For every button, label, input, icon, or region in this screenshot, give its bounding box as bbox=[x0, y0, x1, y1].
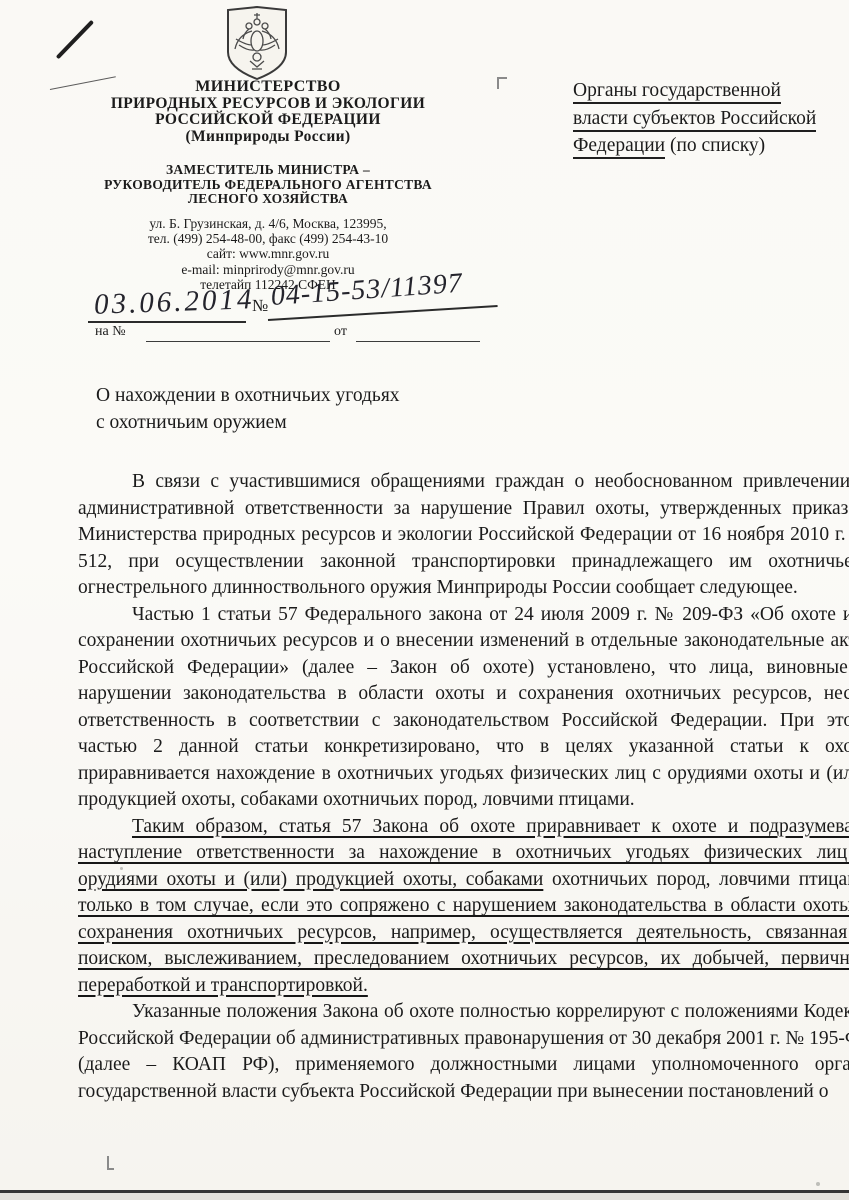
crop-corner-mark bbox=[497, 77, 499, 89]
reply-number-blank-line bbox=[146, 341, 330, 342]
official-title-block: ЗАМЕСТИТЕЛЬ МИНИСТРА – РУКОВОДИТЕЛЬ ФЕДЕ… bbox=[48, 163, 488, 207]
date-underline bbox=[88, 321, 246, 323]
ministry-name-line: МИНИСТЕРСТВО bbox=[68, 79, 468, 96]
street-address: ул. Б. Грузинская, д. 4/6, Москва, 12399… bbox=[68, 216, 468, 231]
scanned-letter-page: МИНИСТЕРСТВО ПРИРОДНЫХ РЕСУРСОВ И ЭКОЛОГ… bbox=[0, 0, 849, 1200]
body-paragraph-1: В связи с участившимися обращениями граж… bbox=[78, 469, 849, 602]
official-title-line: РУКОВОДИТЕЛЬ ФЕДЕРАЛЬНОГО АГЕНТСТВА bbox=[48, 178, 488, 193]
recipient-block: Органы государственной власти субъектов … bbox=[573, 77, 849, 160]
reply-to-number-label: на № bbox=[95, 324, 126, 340]
official-title-line: ЗАМЕСТИТЕЛЬ МИНИСТРА – bbox=[48, 163, 488, 178]
ministry-short-name: (Минприроды России) bbox=[68, 129, 468, 146]
russian-coat-of-arms-icon bbox=[222, 5, 292, 81]
official-title-line: ЛЕСНОГО ХОЗЯЙСТВА bbox=[48, 192, 488, 207]
ministry-name-line: ПРИРОДНЫХ РЕСУРСОВ И ЭКОЛОГИИ bbox=[68, 96, 468, 113]
ministry-name-line: РОССИЙСКОЙ ФЕДЕРАЦИИ bbox=[68, 112, 468, 129]
recipient-line: власти субъектов Российской bbox=[573, 105, 849, 133]
ministry-name-block: МИНИСТЕРСТВО ПРИРОДНЫХ РЕСУРСОВ И ЭКОЛОГ… bbox=[68, 79, 468, 145]
crop-corner-mark bbox=[107, 1168, 114, 1170]
subject-line: с охотничьим оружием bbox=[96, 409, 400, 436]
recipient-line: Федерации (по списку) bbox=[573, 132, 849, 160]
body-paragraph-3-underlined: Таким образом, статья 57 Закона об охоте… bbox=[78, 814, 849, 1000]
ink-speck bbox=[816, 1182, 820, 1186]
body-paragraph-2: Частью 1 статьи 57 Федерального закона о… bbox=[78, 602, 849, 814]
recipient-line: Органы государственной bbox=[573, 77, 849, 105]
reply-from-label: от bbox=[334, 324, 347, 340]
number-sign-label: № bbox=[252, 296, 268, 316]
pen-stroke-mark bbox=[56, 20, 94, 59]
subject-line: О нахождении в охотничьих угодьях bbox=[96, 382, 400, 409]
phone-fax: тел. (499) 254-48-00, факс (499) 254-43-… bbox=[68, 231, 468, 246]
website: сайт: www.mnr.gov.ru bbox=[68, 246, 468, 261]
handwritten-date: 03.06.2014 bbox=[93, 283, 255, 322]
scan-bottom-shade bbox=[0, 1193, 849, 1200]
reply-date-blank-line bbox=[356, 341, 480, 342]
letter-body: В связи с участившимися обращениями граж… bbox=[78, 469, 849, 1105]
subject-block: О нахождении в охотничьих угодьях с охот… bbox=[96, 382, 400, 436]
body-paragraph-4: Указанные положения Закона об охоте полн… bbox=[78, 999, 849, 1105]
